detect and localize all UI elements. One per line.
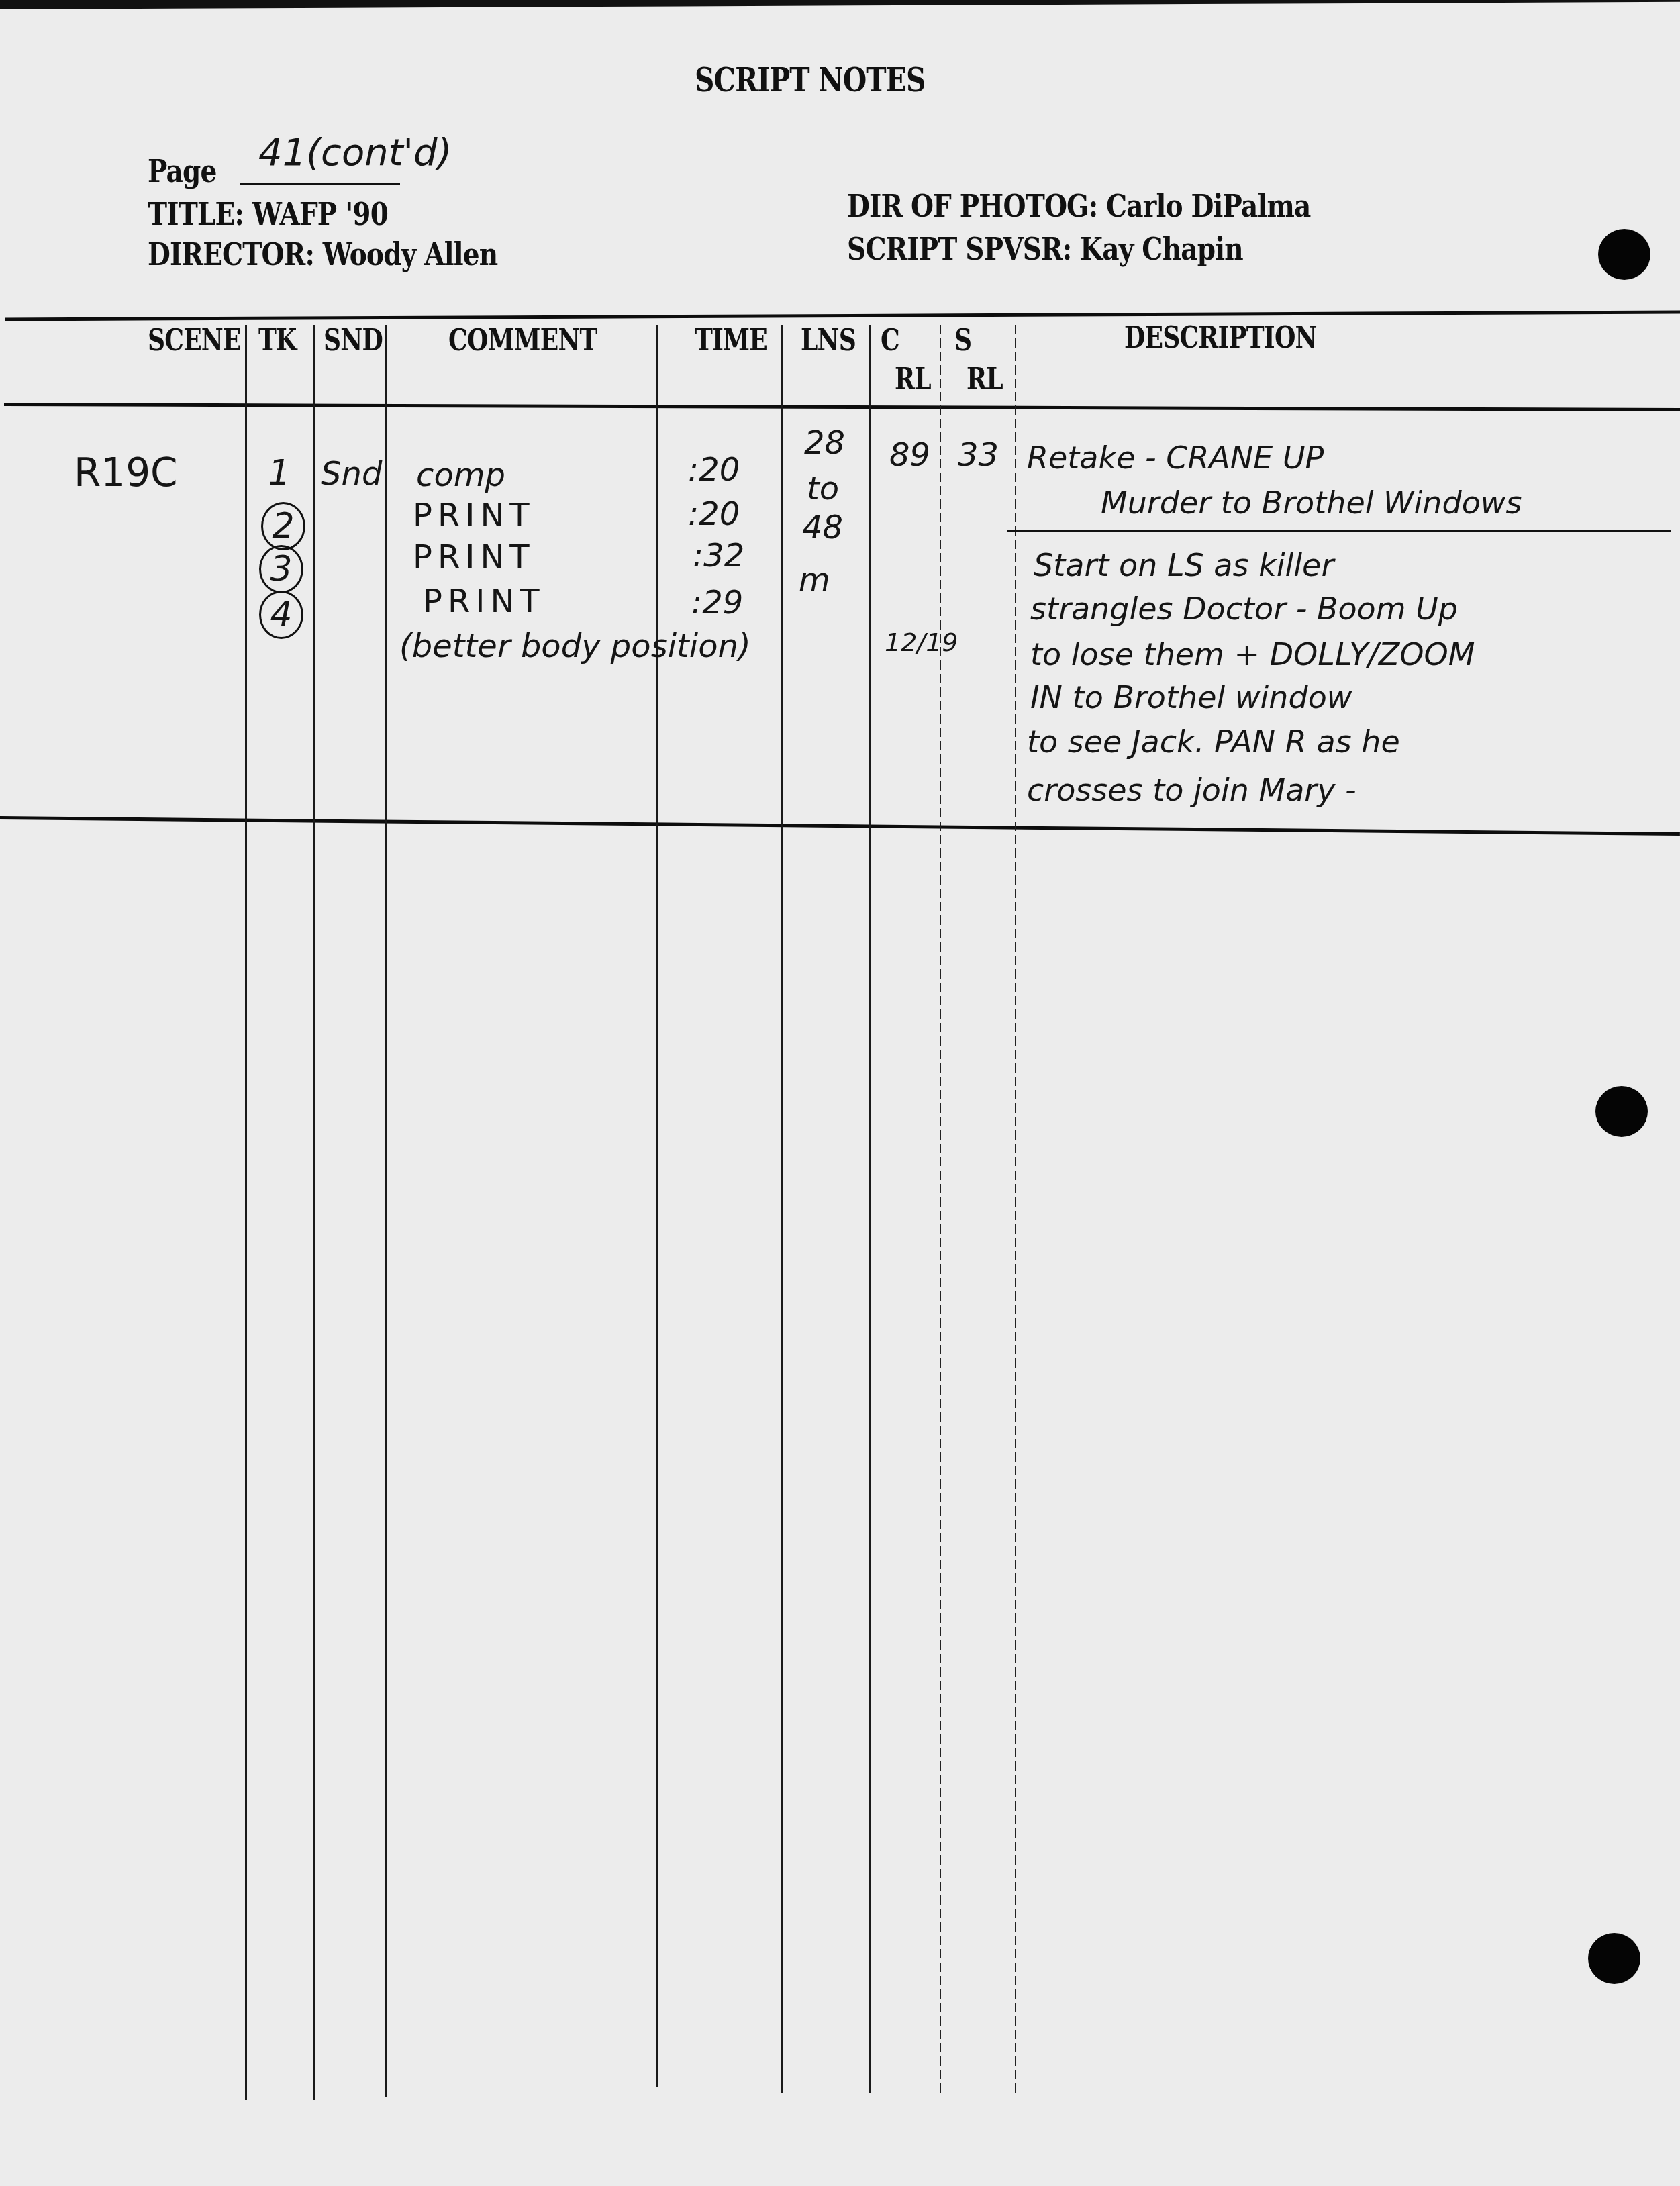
title-field: TITLE: WAFP '90 — [148, 196, 388, 232]
scan-top-edge — [0, 0, 1680, 9]
take-comment: comp — [416, 456, 505, 494]
take-time: :20 — [688, 495, 740, 533]
document-heading: SCRIPT NOTES — [695, 62, 926, 99]
col-header-c-rl: RL — [895, 362, 931, 397]
page-value: 41(cont'd) — [258, 131, 452, 175]
lines-suffix: m — [799, 561, 830, 599]
description-line: strangles Doctor - Boom Up — [1030, 591, 1458, 627]
col-header-comment: COMMENT — [448, 324, 597, 358]
col-header-scene: SCENE — [148, 324, 241, 358]
lines-end: 48 — [802, 509, 843, 546]
camera-roll-extra: 12/19 — [885, 628, 958, 657]
dop-field: DIR OF PHOTOG: Carlo DiPalma — [847, 188, 1311, 224]
col-rule-time — [781, 325, 783, 2093]
spvsr-label: SCRIPT SPVSR: — [847, 231, 1071, 267]
col-header-tk: TK — [258, 324, 297, 358]
page-underline — [240, 183, 400, 185]
dop-value: Carlo DiPalma — [1106, 188, 1311, 224]
take-time: :20 — [688, 451, 740, 489]
col-rule-srl — [1015, 325, 1016, 2093]
col-rule-comment — [656, 325, 658, 2087]
script-supervisor-field: SCRIPT SPVSR: Kay Chapin — [847, 231, 1243, 267]
col-header-s-rl: RL — [967, 362, 1003, 397]
punch-hole-bottom — [1588, 1933, 1640, 1984]
col-rule-crl — [940, 325, 941, 2093]
description-line: to see Jack. PAN R as he — [1027, 724, 1400, 760]
entry-bottom-rule — [0, 816, 1680, 836]
comment-note: (better body position) — [399, 628, 751, 665]
punch-hole-top — [1598, 229, 1650, 280]
dop-label: DIR OF PHOTOG: — [847, 188, 1097, 224]
description-line: IN to Brothel window — [1030, 679, 1352, 715]
col-rule-scene — [245, 325, 247, 2100]
col-header-s: S — [954, 324, 971, 358]
description-heading-underline — [1007, 530, 1671, 532]
col-rule-snd — [385, 325, 387, 2097]
title-value: WAFP '90 — [252, 196, 388, 232]
sound-marker: Snd — [321, 455, 382, 493]
title-label: TITLE: — [148, 196, 244, 232]
spvsr-value: Kay Chapin — [1080, 231, 1243, 267]
description-heading-line: Retake - CRANE UP — [1027, 440, 1324, 476]
take-comment: PRINT — [423, 583, 545, 620]
camera-roll: 89 — [889, 436, 930, 474]
col-header-lns: LNS — [801, 324, 856, 358]
take-number-circled: 2 — [261, 502, 305, 550]
director-value: Woody Allen — [323, 236, 498, 272]
take-time: :29 — [691, 584, 743, 622]
take-number: 1 — [259, 453, 299, 493]
page-label: Page — [148, 153, 217, 189]
take-number-circled: 4 — [259, 591, 303, 639]
lines-start: 28 — [804, 424, 845, 462]
col-header-snd: SND — [324, 324, 383, 358]
scene-number: R19C — [74, 450, 178, 495]
col-rule-tk — [313, 325, 315, 2100]
take-time: :32 — [693, 537, 744, 575]
director-label: DIRECTOR: — [148, 236, 314, 272]
description-line: to lose them + DOLLY/ZOOM — [1030, 636, 1475, 673]
description-line: Start on LS as killer — [1034, 547, 1334, 583]
col-header-time: TIME — [695, 324, 767, 358]
header-bottom-rule — [4, 403, 1680, 411]
lines-to: to — [807, 470, 839, 507]
sound-roll: 33 — [958, 436, 999, 474]
col-header-c: C — [881, 324, 899, 358]
description-line: crosses to join Mary - — [1027, 772, 1356, 808]
description-heading-line: Murder to Brothel Windows — [1101, 485, 1522, 521]
take-number-circled: 3 — [259, 545, 303, 593]
take-comment: PRINT — [413, 538, 535, 576]
col-header-description: DESCRIPTION — [1124, 321, 1317, 355]
take-comment: PRINT — [413, 497, 535, 534]
col-rule-lns — [869, 325, 871, 2093]
table-top-rule — [5, 311, 1680, 321]
director-field: DIRECTOR: Woody Allen — [148, 236, 497, 272]
punch-hole-middle — [1595, 1086, 1648, 1137]
